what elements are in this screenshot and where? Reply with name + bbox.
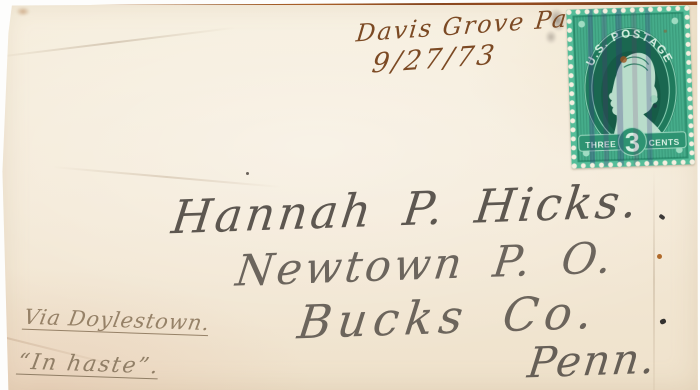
stamp-denomination-word-right: CENTS xyxy=(649,137,680,148)
ink-fleck xyxy=(246,172,249,175)
routing-note: Via Doylestown. xyxy=(22,305,212,335)
urgency-note: “In haste”. xyxy=(16,350,162,380)
paper-crease xyxy=(52,166,281,188)
ink-fleck xyxy=(659,318,667,325)
postage-stamp: U.S. POSTAGE THREE CENTS 3 xyxy=(564,2,697,172)
rust-spot xyxy=(657,254,662,259)
address-line-recipient: Hannah P. Hicks. xyxy=(169,174,643,245)
washington-three-cent-stamp-icon: U.S. POSTAGE THREE CENTS 3 xyxy=(564,2,697,172)
paper-crease xyxy=(0,27,235,59)
manuscript-postmark-date: 9/27/73 xyxy=(370,39,499,79)
address-line-state: Penn. xyxy=(525,334,660,388)
scanned-envelope-photo: Davis Grove Pa 9/27/73 Hannah P. Hicks. … xyxy=(0,0,700,390)
ink-fleck xyxy=(658,214,665,221)
toning-stain xyxy=(16,7,30,16)
